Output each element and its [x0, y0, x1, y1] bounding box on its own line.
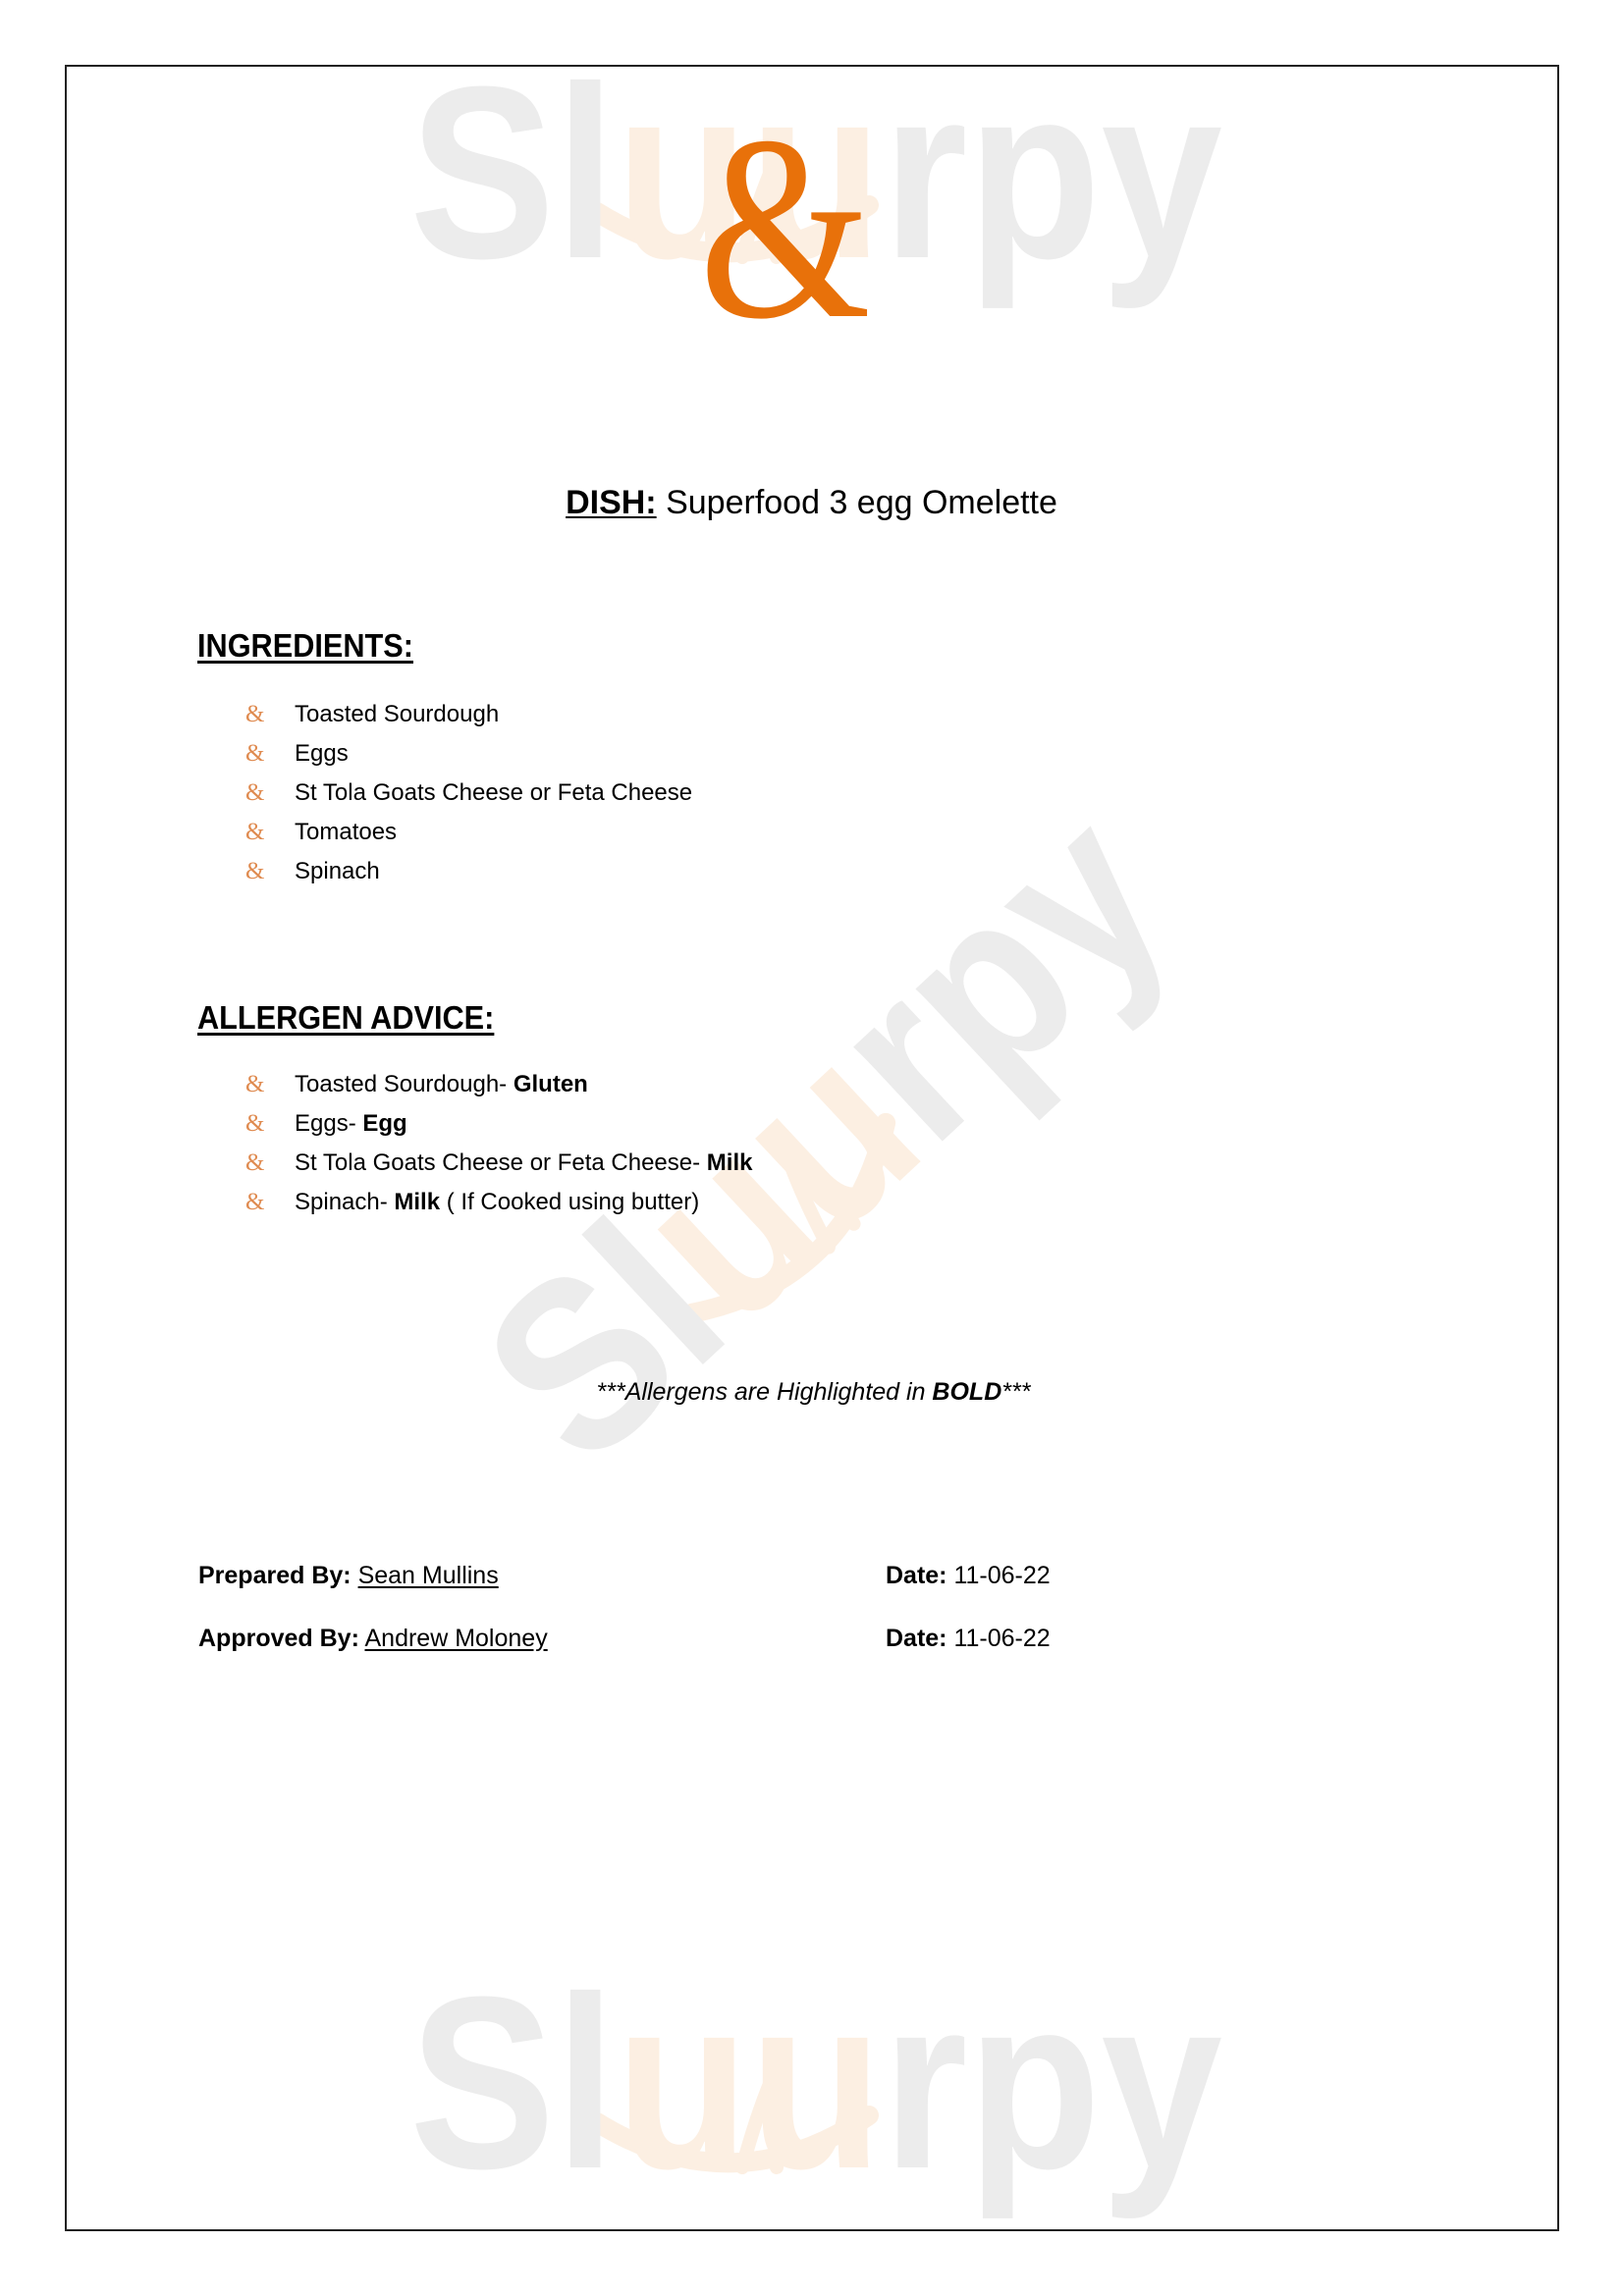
- ingredient-text: Toasted Sourdough: [295, 695, 499, 734]
- ingredient-text: Spinach: [295, 852, 380, 891]
- allergen-note: ( If Cooked using butter): [440, 1189, 699, 1215]
- ampersand-bullet-icon: &: [245, 734, 264, 774]
- ampersand-bullet-icon: &: [245, 813, 264, 852]
- allergen-text: Eggs- Egg: [295, 1104, 407, 1144]
- ingredients-heading: INGREDIENTS:: [197, 629, 413, 662]
- approved-date: Date: 11-06-22: [886, 1627, 1051, 1651]
- ampersand-logo-icon: &: [699, 96, 871, 359]
- prepared-date: Date: 11-06-22: [886, 1564, 1051, 1588]
- allergen-text: St Tola Goats Cheese or Feta Cheese- Mil…: [295, 1144, 752, 1183]
- allergen-name: Gluten: [514, 1071, 588, 1097]
- allergen-text: Toasted Sourdough- Gluten: [295, 1065, 588, 1104]
- ingredient-text: St Tola Goats Cheese or Feta Cheese: [295, 774, 692, 813]
- ingredient-text: Eggs: [295, 734, 349, 774]
- allergen-name: Egg: [362, 1110, 406, 1137]
- prepared-date-value: 11-06-22: [953, 1562, 1050, 1589]
- dish-name: Superfood 3 egg Omelette: [666, 484, 1057, 521]
- ampersand-bullet-icon: &: [245, 695, 264, 734]
- approved-date-label: Date:: [886, 1625, 947, 1652]
- prepared-by-label: Prepared By:: [198, 1562, 352, 1589]
- ampersand-bullet-icon: &: [245, 1065, 264, 1104]
- note-bold-text: BOLD: [932, 1378, 1001, 1406]
- approved-by: Approved By: Andrew Moloney: [198, 1627, 548, 1651]
- allergen-advice-heading: ALLERGEN ADVICE:: [197, 1001, 494, 1034]
- ingredient-text: Tomatoes: [295, 813, 397, 852]
- allergen-item: Toasted Sourdough-: [295, 1071, 514, 1097]
- approved-date-value: 11-06-22: [953, 1625, 1050, 1652]
- allergen-name: Milk: [707, 1149, 753, 1176]
- allergen-item: Spinach-: [295, 1189, 394, 1215]
- dish-label: DISH:: [566, 484, 657, 521]
- ampersand-bullet-icon: &: [245, 1144, 264, 1183]
- allergen-item: Eggs-: [295, 1110, 362, 1137]
- ampersand-bullet-icon: &: [245, 1104, 264, 1144]
- ampersand-bullet-icon: &: [245, 852, 264, 891]
- approved-by-name: Andrew Moloney: [364, 1625, 547, 1652]
- allergen-name: Milk: [394, 1189, 440, 1215]
- document-page: & DISH: Superfood 3 egg Omelette INGREDI…: [0, 0, 1623, 2296]
- ampersand-bullet-icon: &: [245, 774, 264, 813]
- approved-by-label: Approved By:: [198, 1625, 359, 1652]
- prepared-by: Prepared By: Sean Mullins: [198, 1564, 499, 1588]
- prepared-by-name: Sean Mullins: [358, 1562, 499, 1589]
- note-text: ***Allergens are Highlighted in: [597, 1378, 933, 1406]
- prepared-date-label: Date:: [886, 1562, 947, 1589]
- note-suffix: ***: [1001, 1378, 1030, 1406]
- allergen-item: St Tola Goats Cheese or Feta Cheese-: [295, 1149, 707, 1176]
- allergen-bold-note: ***Allergens are Highlighted in BOLD***: [0, 1380, 1623, 1405]
- dish-title: DISH: Superfood 3 egg Omelette: [0, 486, 1623, 519]
- allergen-text: Spinach- Milk ( If Cooked using butter): [295, 1183, 699, 1222]
- ampersand-bullet-icon: &: [245, 1183, 264, 1222]
